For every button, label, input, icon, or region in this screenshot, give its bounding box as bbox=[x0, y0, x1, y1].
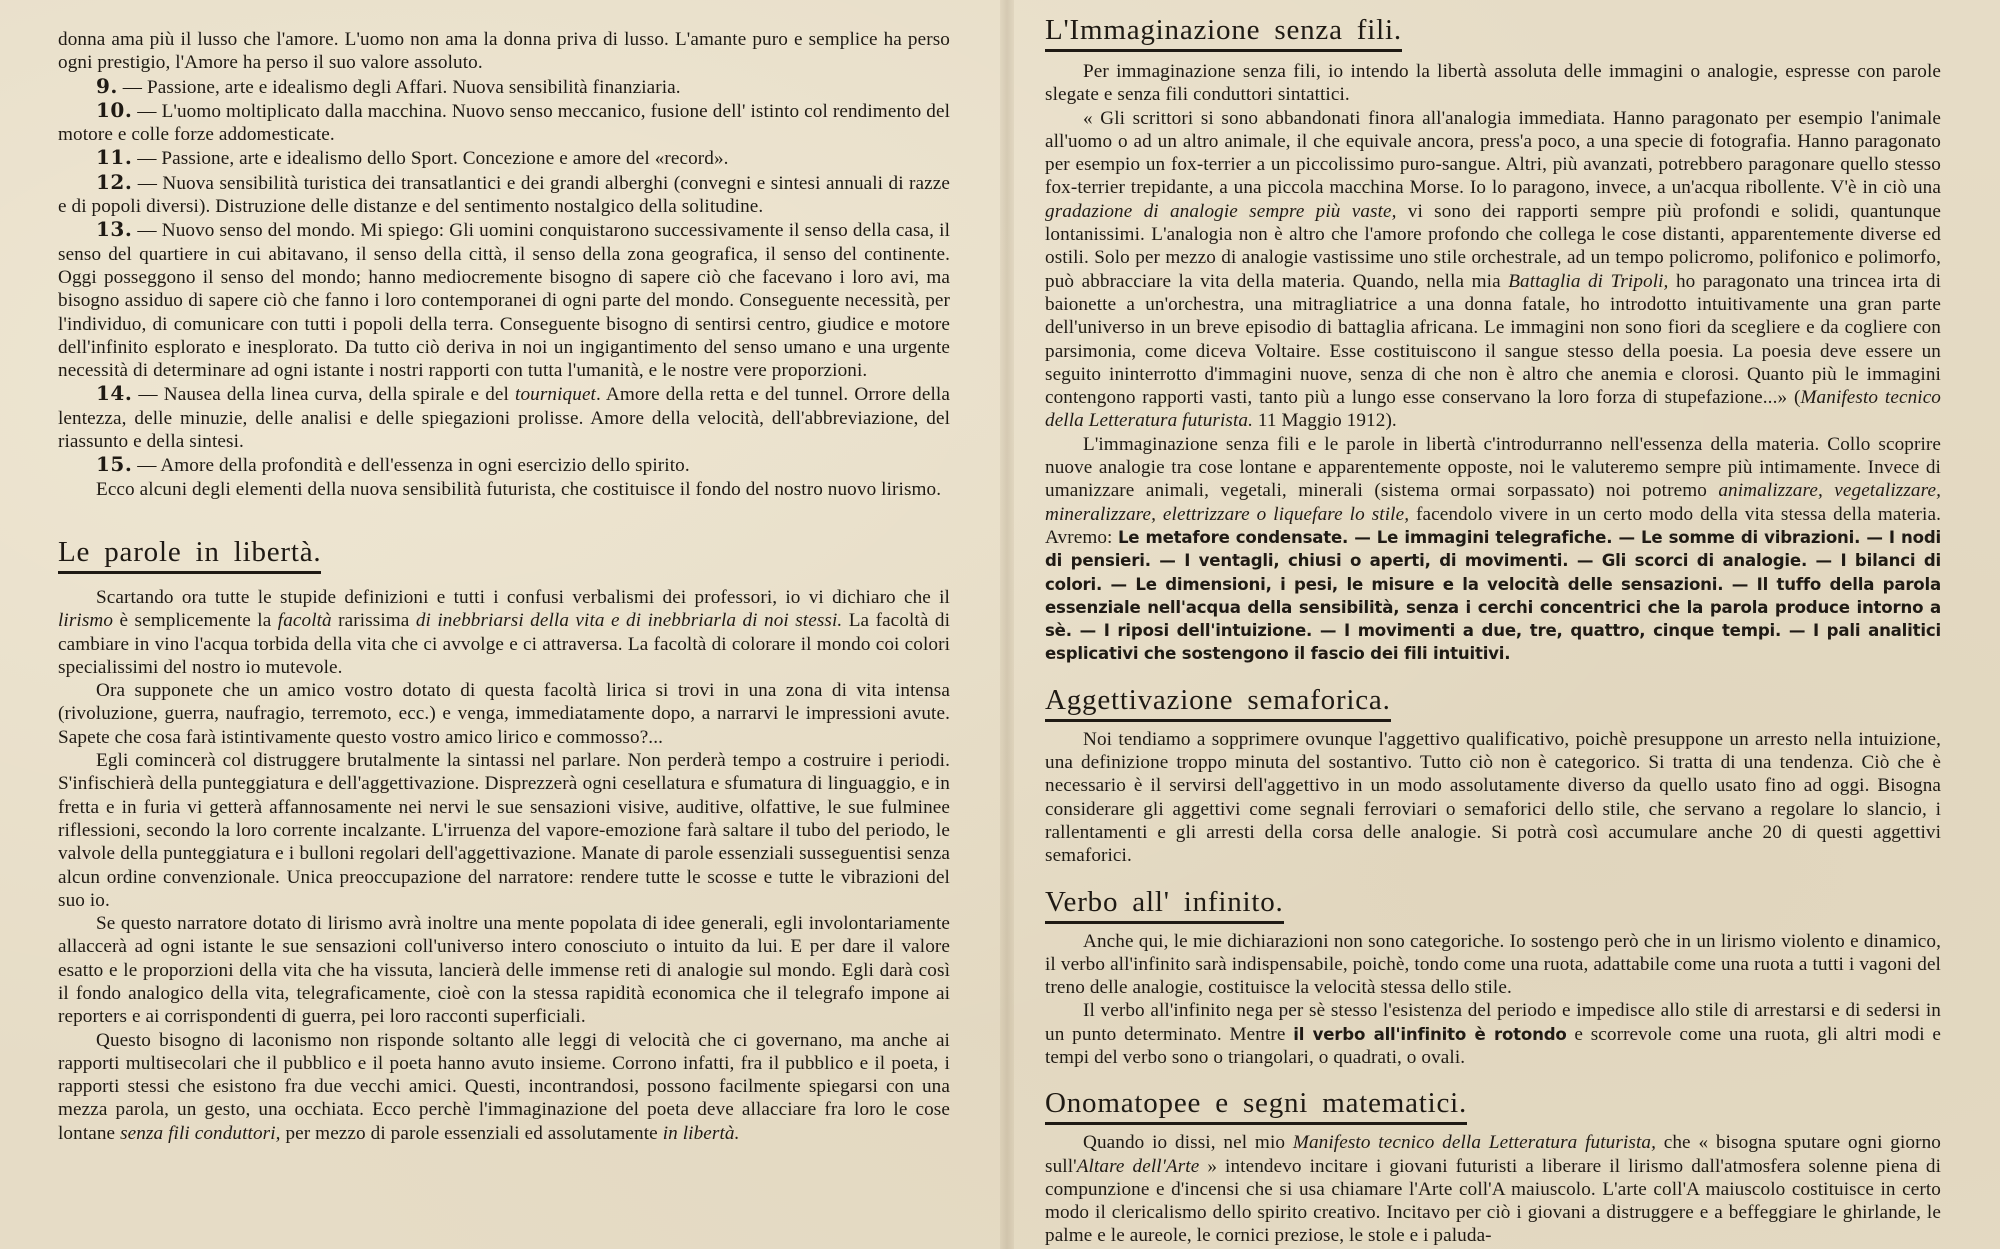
list-item-10: 10. — L'uomo moltiplicato dalla macchina… bbox=[58, 99, 950, 147]
list-item-11: 11. — Passione, arte e idealismo dello S… bbox=[58, 146, 950, 170]
item-number: 15. bbox=[96, 452, 132, 476]
section-heading-wrap: Le parole in libertà. bbox=[58, 534, 950, 574]
paragraph: Scartando ora tutte le stupide definizio… bbox=[58, 586, 950, 679]
section-title-parole-in-liberta: Le parole in libertà. bbox=[58, 534, 321, 574]
list-item-9: 9. — Passione, arte e idealismo degli Af… bbox=[58, 75, 950, 99]
section-title-aggettivazione-semaforica: Aggettivazione semaforica. bbox=[1045, 682, 1391, 722]
item-number: 11. bbox=[96, 145, 132, 169]
list-item-12: 12. — Nuova sensibilità turistica dei tr… bbox=[58, 171, 950, 219]
section-heading-wrap: Onomatopee e segni matematici. bbox=[1045, 1085, 1941, 1125]
section-heading-wrap: Verbo all' infinito. bbox=[1045, 884, 1941, 924]
paragraph: Egli comincerà col distruggere brutalmen… bbox=[58, 749, 950, 912]
paragraph: Questo bisogno di laconismo non risponde… bbox=[58, 1029, 950, 1145]
paragraph: L'immaginazione senza fili e le parole i… bbox=[1045, 433, 1941, 666]
item-number: 9. bbox=[96, 74, 118, 98]
quoted-paragraph: « Gli scrittori si sono abbandonati fino… bbox=[1045, 107, 1941, 433]
page-gutter bbox=[1000, 0, 1014, 1249]
right-page: L'Immaginazione senza fili. Per immagina… bbox=[1045, 12, 1941, 1248]
paragraph: Se questo narratore dotato di lirismo av… bbox=[58, 912, 950, 1028]
left-page: donna ama più il lusso che l'amore. L'uo… bbox=[58, 28, 950, 1145]
bold-sans-phrase: il verbo all'infinito è rotondo bbox=[1293, 1025, 1566, 1044]
bold-sans-list: Le metafore condensate. — Le immagini te… bbox=[1045, 528, 1941, 663]
book-spread: donna ama più il lusso che l'amore. L'uo… bbox=[0, 0, 2000, 1249]
list-item-13: 13. — Nuovo senso del mondo. Mi spiego: … bbox=[58, 218, 950, 382]
item-number: 14. bbox=[96, 381, 132, 405]
paragraph: Noi tendiamo a sopprimere ovunque l'agge… bbox=[1045, 728, 1941, 868]
section-title-onomatopee-e-segni-matematici: Onomatopee e segni matematici. bbox=[1045, 1085, 1467, 1125]
closing-paragraph: Ecco alcuni degli elementi della nuova s… bbox=[58, 478, 950, 501]
item-number: 10. bbox=[96, 98, 132, 122]
paragraph: Il verbo all'infinito nega per sè stesso… bbox=[1045, 999, 1941, 1069]
item-number: 13. bbox=[96, 217, 132, 241]
intro-paragraph: donna ama più il lusso che l'amore. L'uo… bbox=[58, 28, 950, 75]
section-title-immaginazione-senza-fili: L'Immaginazione senza fili. bbox=[1045, 12, 1402, 52]
list-item-14: 14. — Nausea della linea curva, della sp… bbox=[58, 382, 950, 453]
paragraph: Anche qui, le mie dichiarazioni non sono… bbox=[1045, 930, 1941, 1000]
list-item-15: 15. — Amore della profondità e dell'esse… bbox=[58, 453, 950, 477]
section-heading-wrap: L'Immaginazione senza fili. bbox=[1045, 12, 1941, 52]
paragraph: Quando io dissi, nel mio Manifesto tecni… bbox=[1045, 1131, 1941, 1247]
paragraph: Per immaginazione senza fili, io intendo… bbox=[1045, 60, 1941, 107]
item-number: 12. bbox=[96, 170, 132, 194]
paragraph: Ora supponete che un amico vostro dotato… bbox=[58, 679, 950, 749]
section-title-verbo-all-infinito: Verbo all' infinito. bbox=[1045, 884, 1284, 924]
section-heading-wrap: Aggettivazione semaforica. bbox=[1045, 682, 1941, 722]
